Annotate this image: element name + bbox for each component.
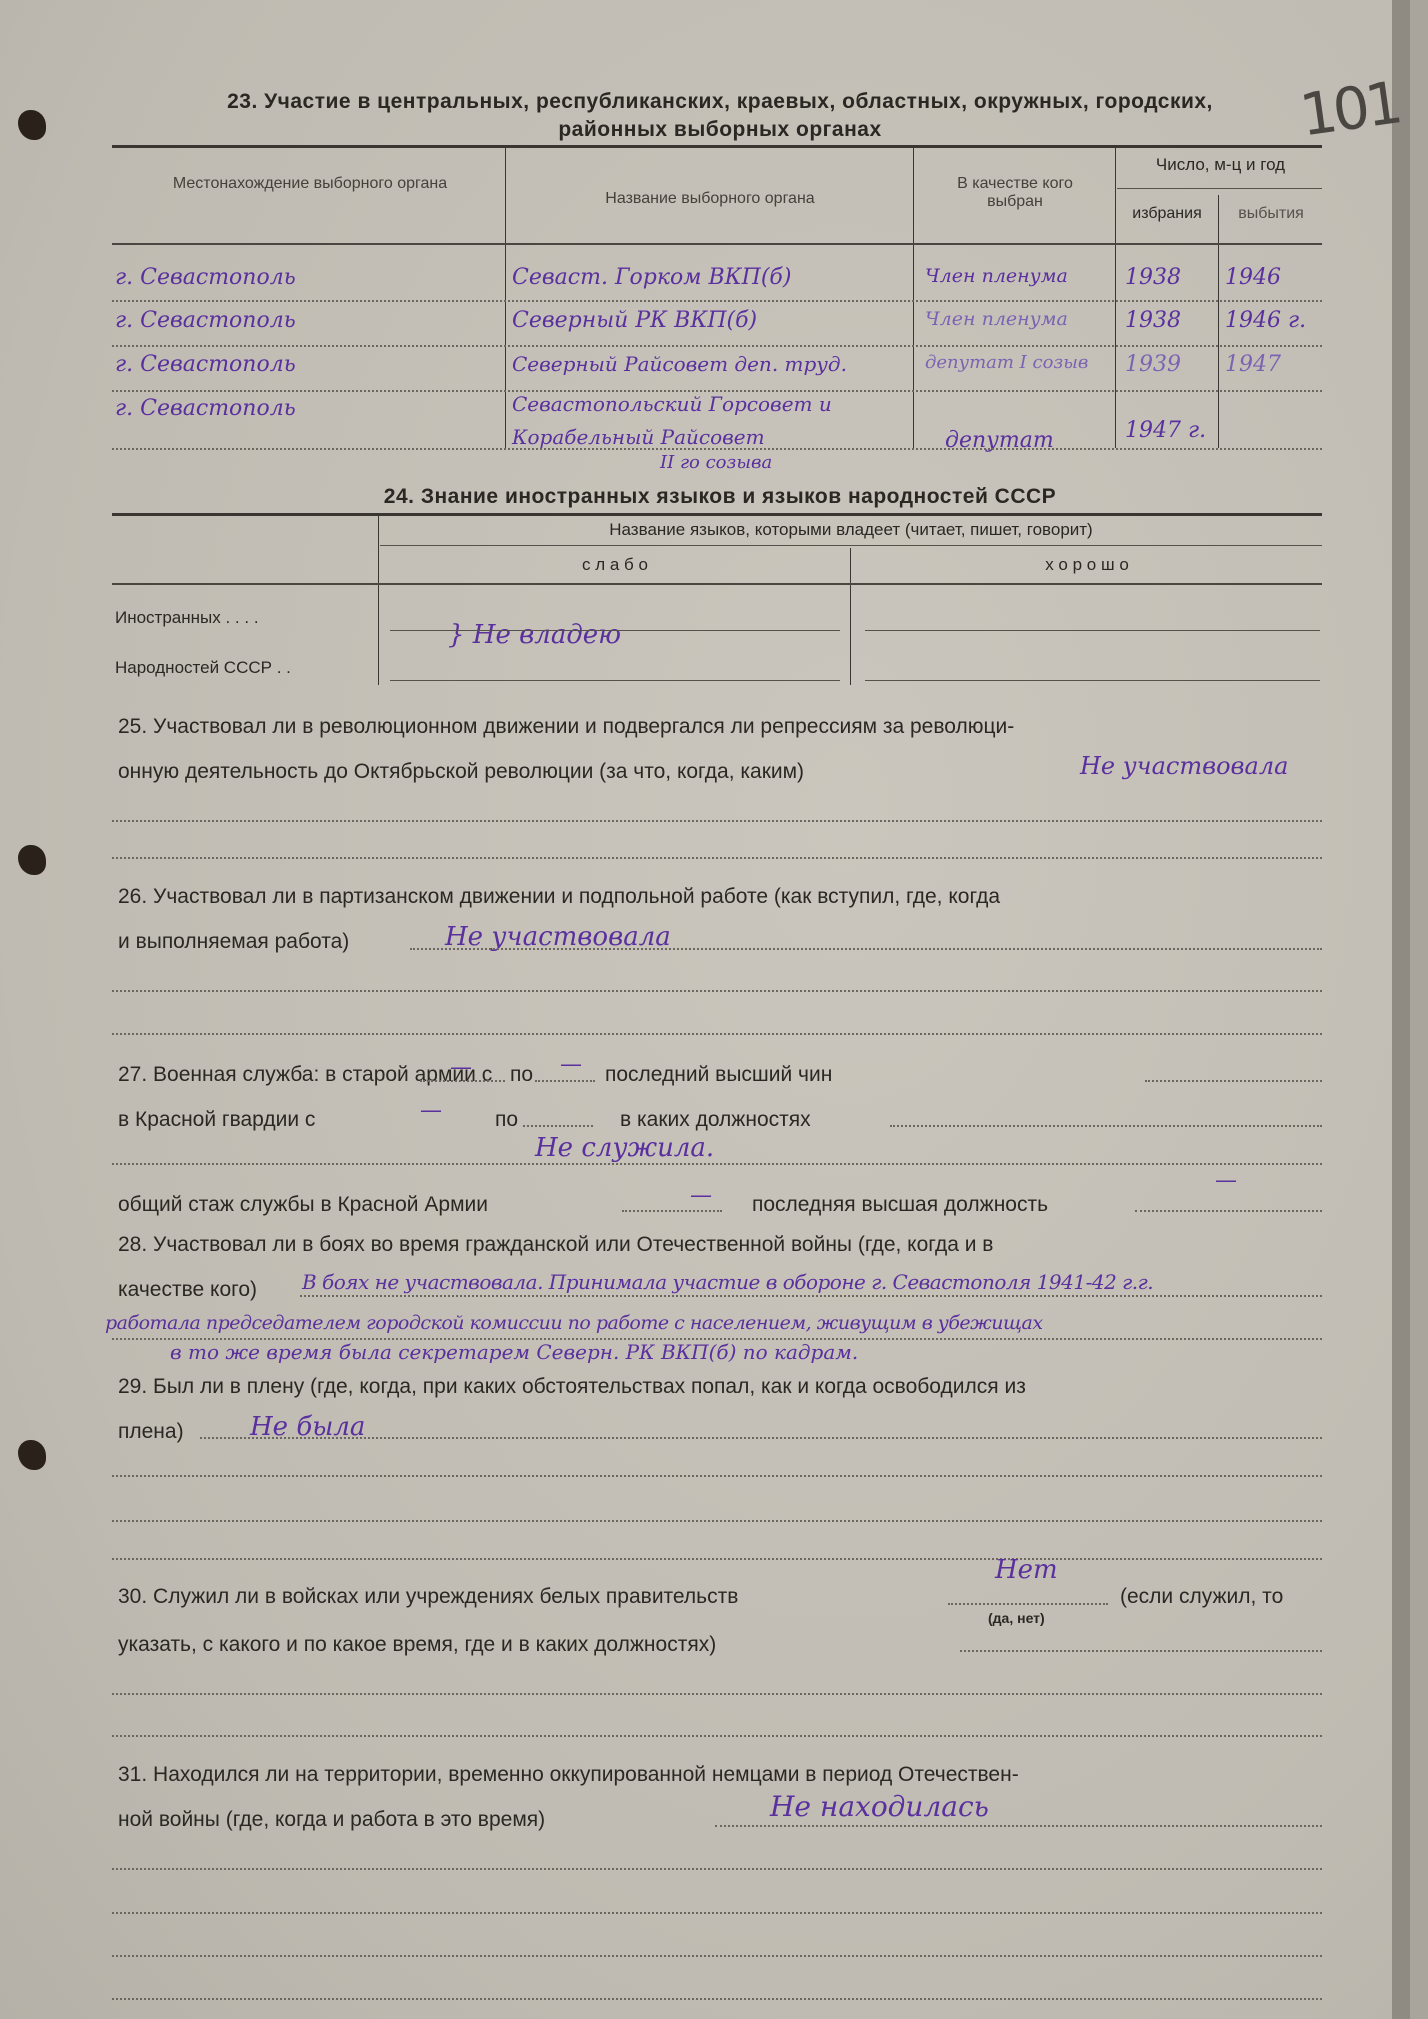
- answer-line: [715, 1825, 1322, 1827]
- q27-answer: Не служила.: [535, 1133, 714, 1163]
- answer-line: [1145, 1080, 1322, 1082]
- answer-line: [948, 1603, 1108, 1605]
- q26-line2: и выполняемая работа): [118, 930, 349, 954]
- binding-hole: [18, 845, 46, 875]
- rule: [112, 583, 1322, 585]
- table-col-line: [1115, 148, 1116, 448]
- header-location: Местонахождение выборного органа: [130, 175, 490, 193]
- row4-name: Севастопольский Горсовет и: [512, 392, 832, 416]
- row2-elected: 1938: [1125, 308, 1181, 333]
- rule: [865, 630, 1320, 631]
- q27-dash: —: [690, 1183, 712, 1208]
- q30-line1-a: 30. Служил ли в войсках или учреждениях …: [118, 1585, 738, 1609]
- row-line: [112, 345, 1322, 347]
- q30-line2: указать, с какого и по какое время, где …: [118, 1633, 716, 1657]
- answer-line: [112, 1735, 1322, 1737]
- table-col-line: [378, 515, 379, 685]
- q27-dash: —: [1215, 1168, 1237, 1193]
- q31-answer: Не находилась: [770, 1790, 989, 1823]
- answer-line: [112, 1998, 1322, 2000]
- row-line: [112, 448, 1322, 450]
- q30-answer: Нет: [995, 1555, 1058, 1585]
- section24-title: 24. Знание иностранных языков и языков н…: [120, 485, 1320, 509]
- answer-line: [523, 1125, 593, 1127]
- row3-role: депутат I созыв: [925, 352, 1088, 373]
- page-edge: [1392, 0, 1410, 2019]
- rule: [390, 680, 840, 681]
- header-name: Название выборного органа: [510, 190, 910, 208]
- q27-dash: —: [450, 1055, 472, 1080]
- header-role: В качестве кого выбран: [930, 175, 1100, 211]
- answer-line: [960, 1650, 1322, 1652]
- q27-line1-c: последний высший чин: [605, 1063, 832, 1087]
- row-line: [112, 300, 1322, 302]
- q27-line2-c: в каких должностях: [620, 1108, 811, 1132]
- answer-line: [112, 1558, 1322, 1560]
- section24-header: Название языков, которыми владеет (читае…: [380, 520, 1322, 540]
- row1-location: г. Севастополь: [115, 265, 296, 290]
- q28-line2: качестве кого): [118, 1278, 257, 1302]
- row1-elected: 1938: [1125, 265, 1181, 290]
- q28-answer-line1: В боях не участвовала. Принимала участие…: [302, 1270, 1153, 1294]
- q26-line1: 26. Участвовал ли в партизанском движени…: [118, 885, 1000, 909]
- document-page: 101 23. Участие в центральных, республик…: [0, 0, 1410, 2019]
- row4-name-line2: Корабельный Райсовет: [512, 425, 765, 449]
- col-good: х о р о ш о: [852, 555, 1322, 575]
- answer-line: [112, 990, 1322, 992]
- row2-name: Северный РК ВКП(б): [512, 308, 757, 333]
- answer-line: [112, 857, 1322, 859]
- row-foreign: Иностранных . . . .: [115, 608, 259, 628]
- binding-hole: [18, 110, 46, 140]
- q25-line1: 25. Участвовал ли в революционном движен…: [118, 715, 1014, 739]
- q27-line3-a: общий стаж службы в Красной Армии: [118, 1193, 488, 1217]
- header-date-group: Число, м-ц и год: [1118, 155, 1323, 175]
- answer-line: [112, 1033, 1322, 1035]
- table-col-line: [913, 148, 914, 448]
- answer-line: [112, 1955, 1322, 1957]
- row4-name-line3: II го созыва: [660, 452, 772, 473]
- q27-line2-a: в Красной гвардии с: [118, 1108, 315, 1132]
- rule: [390, 630, 840, 631]
- rule: [865, 680, 1320, 681]
- answer-line: [112, 1868, 1322, 1870]
- q27-line2-b: по: [495, 1108, 518, 1132]
- table-sub-rule: [1117, 188, 1322, 189]
- q28-answer-line3: в то же время была секретарем Северн. РК…: [170, 1340, 858, 1364]
- q27-dash: —: [560, 1052, 582, 1077]
- q31-line1: 31. Находился ли на территории, временно…: [118, 1763, 1019, 1787]
- q27-dash: —: [420, 1098, 442, 1123]
- section23-title-line1: 23. Участие в центральных, республиканск…: [120, 90, 1320, 114]
- answer-line: [112, 1912, 1322, 1914]
- header-elected: избрания: [1118, 205, 1216, 223]
- answer-line: [622, 1210, 722, 1212]
- q27-line1-a: 27. Военная служба: в старой армии с: [118, 1063, 492, 1087]
- languages-answer: } Не владею: [448, 620, 621, 650]
- q31-line2: ной войны (где, когда и работа в это вре…: [118, 1808, 545, 1832]
- row1-name: Севаст. Горком ВКП(б): [512, 265, 791, 290]
- row1-role: Член пленума: [925, 265, 1068, 287]
- row2-left: 1946 г.: [1225, 308, 1306, 333]
- row2-location: г. Севастополь: [115, 308, 296, 333]
- q27-line1-b: по: [510, 1063, 533, 1087]
- header-left: выбытия: [1220, 205, 1322, 223]
- answer-line: [300, 1295, 1322, 1297]
- divider: [112, 145, 1322, 148]
- row-ussr: Народностей СССР . .: [115, 658, 291, 678]
- table-header-rule: [112, 243, 1322, 245]
- answer-line: [112, 1163, 1322, 1165]
- section23-title-line2: районных выборных органах: [120, 118, 1320, 142]
- answer-line: [112, 820, 1322, 822]
- answer-line: [112, 1520, 1322, 1522]
- col-weak: с л а б о: [380, 555, 850, 575]
- table-col-line: [1218, 195, 1219, 448]
- row1-left: 1946: [1225, 265, 1281, 290]
- row4-elected: 1947 г.: [1125, 418, 1206, 443]
- q30-hint: (да, нет): [988, 1610, 1045, 1626]
- q25-answer: Не участвовала: [1080, 752, 1288, 780]
- q29-line1: 29. Был ли в плену (где, когда, при каки…: [118, 1375, 1026, 1399]
- rule: [380, 545, 1322, 546]
- answer-line: [535, 1080, 595, 1082]
- q27-line3-b: последняя высшая должность: [752, 1193, 1048, 1217]
- q28-line1: 28. Участвовал ли в боях во время гражда…: [118, 1233, 993, 1257]
- row2-role: Член пленума: [925, 308, 1068, 330]
- q29-line2: плена): [118, 1420, 184, 1444]
- row3-left: 1947: [1225, 352, 1281, 377]
- table-col-line: [505, 148, 506, 448]
- row3-elected: 1939: [1125, 352, 1181, 377]
- q28-answer-line2: работала председателем городской комисси…: [105, 1312, 1043, 1334]
- answer-line: [410, 948, 1322, 950]
- answer-line: [1135, 1210, 1322, 1212]
- divider: [112, 513, 1322, 516]
- binding-hole: [18, 1440, 46, 1470]
- answer-line: [112, 1693, 1322, 1695]
- q25-line2: онную деятельность до Октябрьской револю…: [118, 760, 804, 784]
- q30-line1-b: (если служил, то: [1120, 1585, 1283, 1609]
- row3-name: Северный Райсовет деп. труд.: [512, 352, 847, 376]
- answer-line: [420, 1080, 505, 1082]
- row4-location: г. Севастополь: [115, 396, 296, 421]
- answer-line: [200, 1437, 1322, 1439]
- row3-location: г. Севастополь: [115, 352, 296, 377]
- answer-line: [112, 1475, 1322, 1477]
- table-col-line: [850, 548, 851, 685]
- answer-line: [890, 1125, 1322, 1127]
